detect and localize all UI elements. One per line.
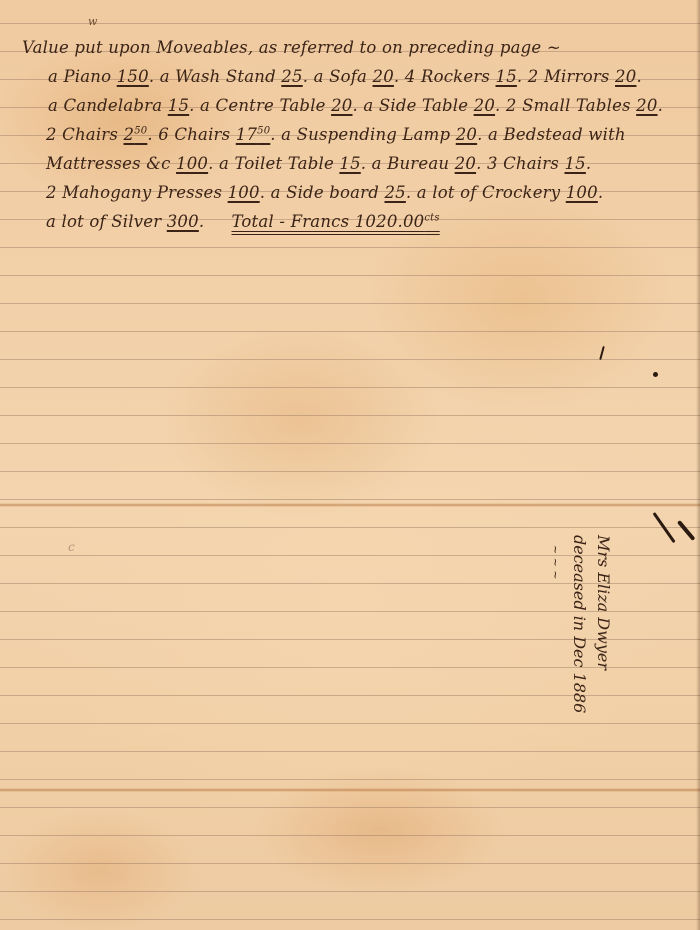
item-amount: 15 [496, 67, 517, 86]
inventory-line-6: a lot of Silver 300. Total - Francs 1020… [46, 212, 440, 231]
item-amount: 100 [228, 183, 260, 202]
item-amount: 100 [566, 183, 598, 202]
item-amount: 15 [168, 96, 189, 115]
heading-line: Value put upon Moveables, as referred to… [22, 38, 561, 57]
item-text: . [586, 154, 591, 173]
margin-note-name: Mrs Eliza Dwyer [591, 535, 615, 713]
item-amount: 20 [373, 67, 394, 86]
item-text: a Candelabra [48, 96, 168, 115]
item-text: . a Side Table [353, 96, 474, 115]
faint-mark: c [68, 540, 75, 554]
item-text: . 4 Rockers [394, 67, 496, 86]
item-text: . [658, 96, 663, 115]
inventory-line-4: Mattresses &c 100. a Toilet Table 15. a … [46, 154, 591, 173]
item-amount: 20 [636, 96, 657, 115]
item-text: . a Toilet Table [208, 154, 339, 173]
item-amount: 15 [339, 154, 360, 173]
item-amount: 20 [474, 96, 495, 115]
ink-dot [653, 372, 658, 377]
item-text: . 6 Chairs [147, 125, 235, 144]
item-amount: 20 [331, 96, 352, 115]
item-amount: 250 [124, 125, 148, 144]
total-amount: Total - Francs 1020.00cts [232, 212, 440, 231]
item-text: . 2 Small Tables [495, 96, 636, 115]
amount-cents: 50 [257, 126, 270, 137]
item-text: . a Centre Table [189, 96, 331, 115]
item-text: . a Bureau [361, 154, 455, 173]
item-text: 2 Mahogany Presses [46, 183, 228, 202]
item-text: . a Wash Stand [149, 67, 281, 86]
inventory-line-3: 2 Chairs 250. 6 Chairs 1750. a Suspendin… [46, 125, 626, 144]
item-text: 2 Chairs [46, 125, 124, 144]
inventory-line-1: a Piano 150. a Wash Stand 25. a Sofa 20.… [48, 67, 642, 86]
item-text: . [199, 212, 232, 231]
inventory-line-2: a Candelabra 15. a Centre Table 20. a Si… [48, 96, 663, 115]
inventory-line-5: 2 Mahogany Presses 100. a Side board 25.… [46, 183, 603, 202]
heading-text: Value put upon Moveables, as referred to… [22, 38, 561, 57]
item-text: . a Bedstead with [477, 125, 626, 144]
item-text: . a lot of Crockery [406, 183, 566, 202]
item-amount: 100 [176, 154, 208, 173]
item-amount: 20 [455, 154, 476, 173]
item-text: a Piano [48, 67, 117, 86]
item-amount: 25 [281, 67, 302, 86]
item-amount: 15 [564, 154, 585, 173]
document-page: w Value put upon Moveables, as referred … [0, 0, 700, 930]
amount-whole: 17 [236, 125, 257, 144]
amount-whole: 2 [124, 125, 135, 144]
item-text: . [636, 67, 641, 86]
item-text: a lot of Silver [46, 212, 167, 231]
item-amount: 20 [615, 67, 636, 86]
paper-edge [696, 0, 700, 930]
item-amount: 150 [117, 67, 149, 86]
item-amount: 1750 [236, 125, 271, 144]
item-text: . a Suspending Lamp [270, 125, 455, 144]
total-suffix: cts [424, 213, 439, 224]
margin-note: Mrs Eliza Dwyer deceased in Dec 1886 ~ ~… [543, 535, 615, 713]
item-text: Mattresses &c [46, 154, 176, 173]
margin-note-date: deceased in Dec 1886 [567, 535, 591, 713]
item-text: . a Side board [260, 183, 385, 202]
item-text: . a Sofa [303, 67, 373, 86]
item-amount: 25 [384, 183, 405, 202]
item-text: . 3 Chairs [476, 154, 564, 173]
item-amount: 300 [167, 212, 199, 231]
top-scribble: w [88, 15, 97, 28]
item-text: . [598, 183, 603, 202]
item-text: . 2 Mirrors [517, 67, 615, 86]
paper-fold-upper [0, 503, 700, 507]
total-text: Total - Francs 1020.00 [232, 212, 425, 231]
paper-fold-lower [0, 788, 700, 792]
amount-cents: 50 [134, 126, 147, 137]
item-amount: 20 [456, 125, 477, 144]
margin-note-flourish: ~ ~ ~ [543, 535, 567, 713]
